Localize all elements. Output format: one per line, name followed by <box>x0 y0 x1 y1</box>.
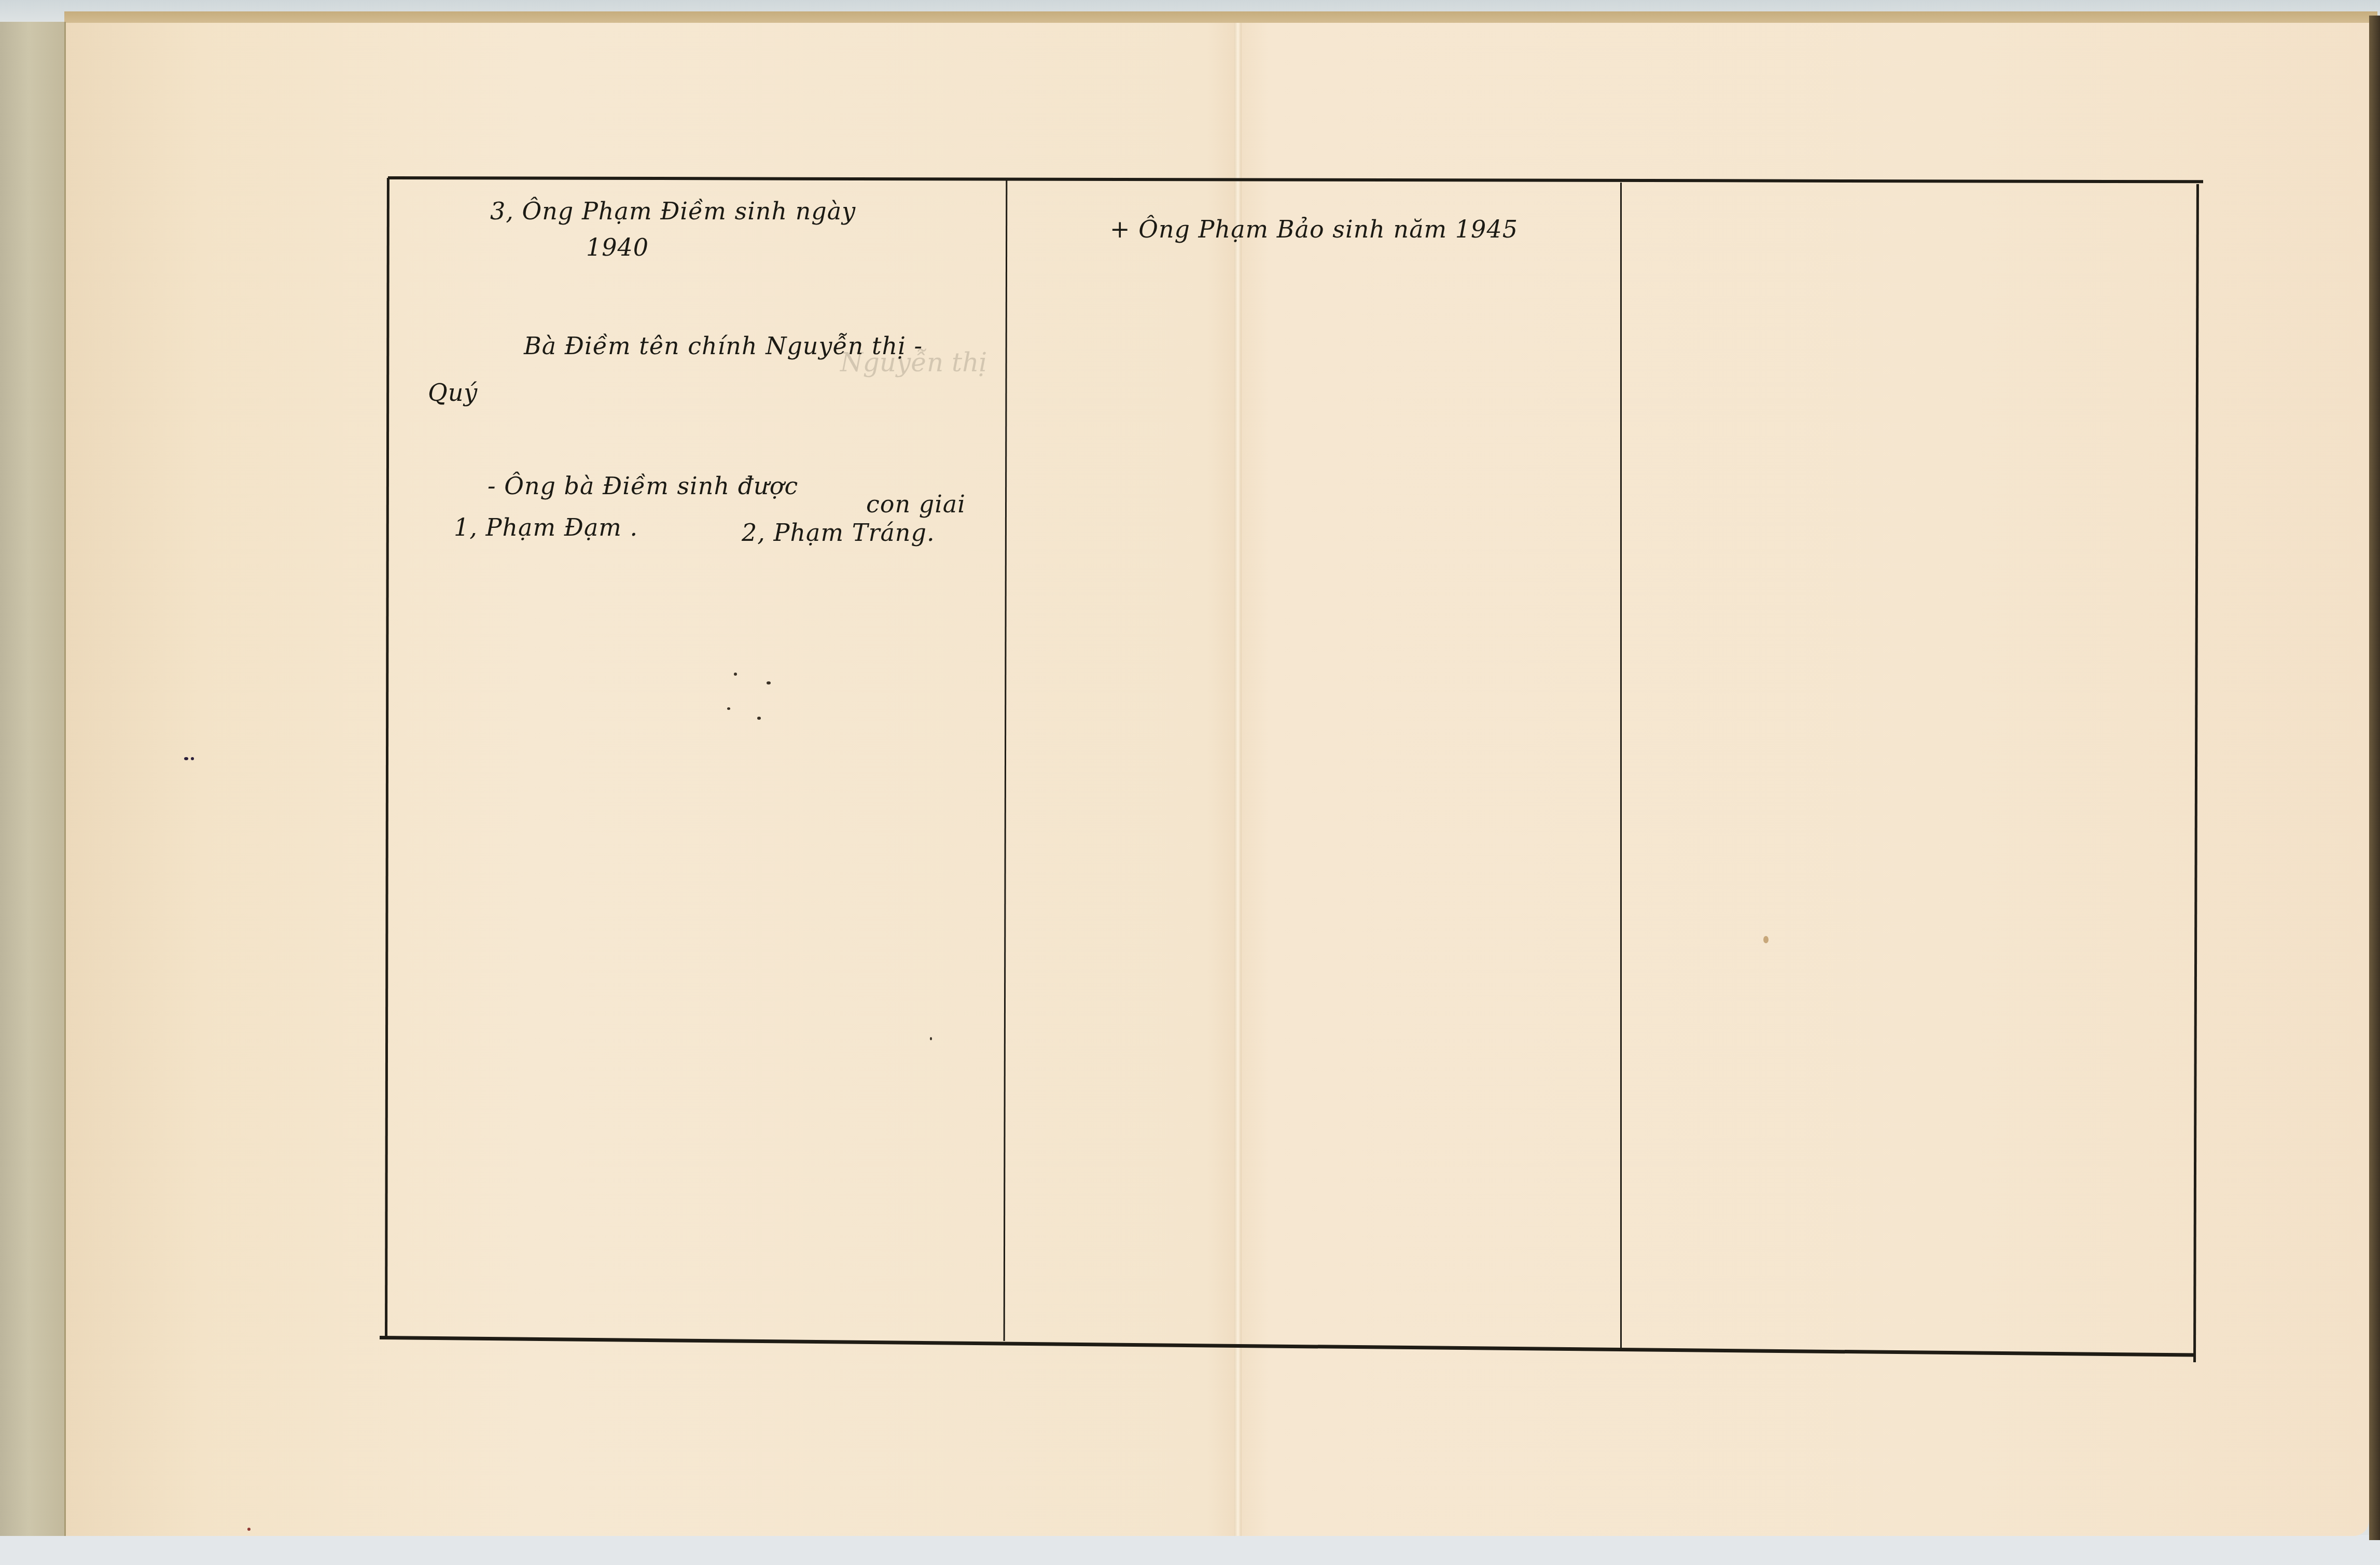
entry-diem-birth-year: 1940 <box>586 233 649 261</box>
entry-wife-name: Bà Điềm tên chính Nguyễn thị - <box>524 332 923 360</box>
ink-speck <box>757 717 761 720</box>
entry-wife-name-cont: Quý <box>428 379 478 407</box>
ink-speck <box>734 673 737 676</box>
column-divider-2 <box>1620 183 1622 1349</box>
entry-children-intro-cont: con giai <box>866 490 966 518</box>
ink-speck <box>184 757 188 760</box>
entry-children-intro: - Ông bà Điềm sinh được <box>488 472 798 500</box>
entry-child-2: 2, Phạm Tráng. <box>742 519 935 547</box>
entry-child-1: 1, Phạm Đạm . <box>454 513 638 541</box>
ink-speck <box>727 707 730 710</box>
entry-bao-birth: + Ông Phạm Bảo sinh năm 1945 <box>1110 215 1518 243</box>
ink-speck <box>767 681 771 684</box>
scan-background-bottom <box>0 1535 2380 1565</box>
stain-speck <box>247 1528 250 1531</box>
ink-speck <box>191 757 194 760</box>
left-page <box>66 23 1238 1536</box>
stain-speck <box>1763 936 1769 943</box>
book-cover-left <box>0 22 66 1536</box>
book-right-edge <box>2369 16 2380 1540</box>
entry-diem-birth: 3, Ông Phạm Điềm sinh ngày <box>490 197 856 225</box>
book-spine-fold <box>1234 23 1242 1536</box>
ink-speck <box>930 1037 932 1040</box>
right-page <box>1238 23 2369 1536</box>
